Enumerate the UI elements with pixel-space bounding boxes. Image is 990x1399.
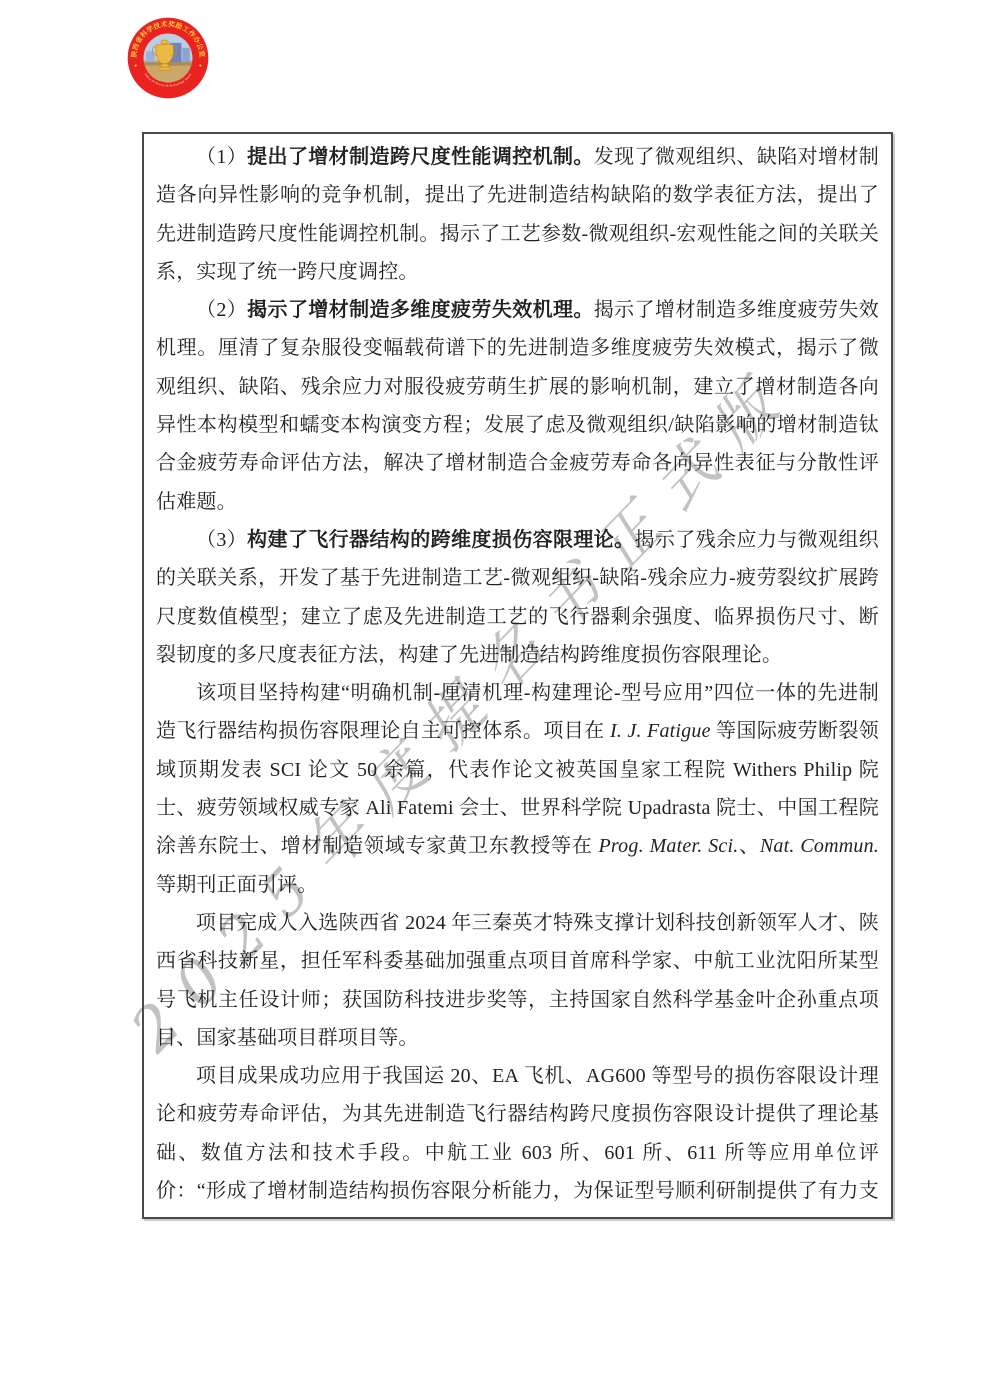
seal-left-dot xyxy=(135,64,137,66)
paragraph-5: 项目完成人入选陕西省 2024 年三秦英才特殊支撑计划科技创新领军人才、陕西省科… xyxy=(156,904,879,1057)
paragraph-2-body: 揭示了增材制造多维度疲劳失效机理。厘清了复杂服役变幅载荷谱下的先进制造多维度疲劳… xyxy=(156,299,879,512)
paragraph-5-text: 项目完成人入选陕西省 2024 年三秦英才特殊支撑计划科技创新领军人才、陕西省科… xyxy=(156,912,879,1049)
paragraph-4: 该项目坚持构建“明确机制-厘清机理-构建理论-型号应用”四位一体的先进制造飞行器… xyxy=(156,674,879,904)
paragraph-3-number: （3） xyxy=(196,529,247,551)
journal-name-ij-fatigue: I. J. Fatigue xyxy=(610,720,711,742)
journal-name-prog-mater-sci: Prog. Mater. Sci. xyxy=(599,835,739,857)
paragraph-4-text-4: 等期刊正面引评。 xyxy=(156,874,318,896)
paragraph-6: 项目成果成功应用于我国运 20、EA 飞机、AG600 等型号的损伤容限设计理论… xyxy=(156,1057,879,1219)
paragraph-4-text-3: 、 xyxy=(738,835,759,857)
paragraph-1: （1）提出了增材制造跨尺度性能调控机制。发现了微观组织、缺陷对增材制造各向异性影… xyxy=(156,138,879,291)
paragraph-2-number: （2） xyxy=(196,299,247,321)
award-office-seal-logo: 陕西省科学技术奖励工作办公室 Office Of Science & Techn… xyxy=(126,16,210,100)
journal-name-nat-commun: Nat. Commun. xyxy=(760,835,879,857)
paragraph-1-heading: 提出了增材制造跨尺度性能调控机制。 xyxy=(247,146,594,168)
paragraph-2-heading: 揭示了增材制造多维度疲劳失效机理。 xyxy=(247,299,594,321)
paragraph-3: （3）构建了飞行器结构的跨维度损伤容限理论。揭示了残余应力与微观组织的关联关系，… xyxy=(156,521,879,674)
content-box: （1）提出了增材制造跨尺度性能调控机制。发现了微观组织、缺陷对增材制造各向异性影… xyxy=(142,132,893,1219)
document-page: 陕西省科学技术奖励工作办公室 Office Of Science & Techn… xyxy=(0,0,990,1399)
paragraph-2: （2）揭示了增材制造多维度疲劳失效机理。揭示了增材制造多维度疲劳失效机理。厘清了… xyxy=(156,291,879,521)
seal-graphic: 陕西省科学技术奖励工作办公室 Office Of Science & Techn… xyxy=(126,16,210,100)
paragraph-3-heading: 构建了飞行器结构的跨维度损伤容限理论。 xyxy=(247,529,634,551)
paragraph-6-text: 项目成果成功应用于我国运 20、EA 飞机、AG600 等型号的损伤容限设计理论… xyxy=(156,1065,879,1219)
paragraph-1-number: （1） xyxy=(196,146,247,168)
seal-right-dot xyxy=(199,64,201,66)
